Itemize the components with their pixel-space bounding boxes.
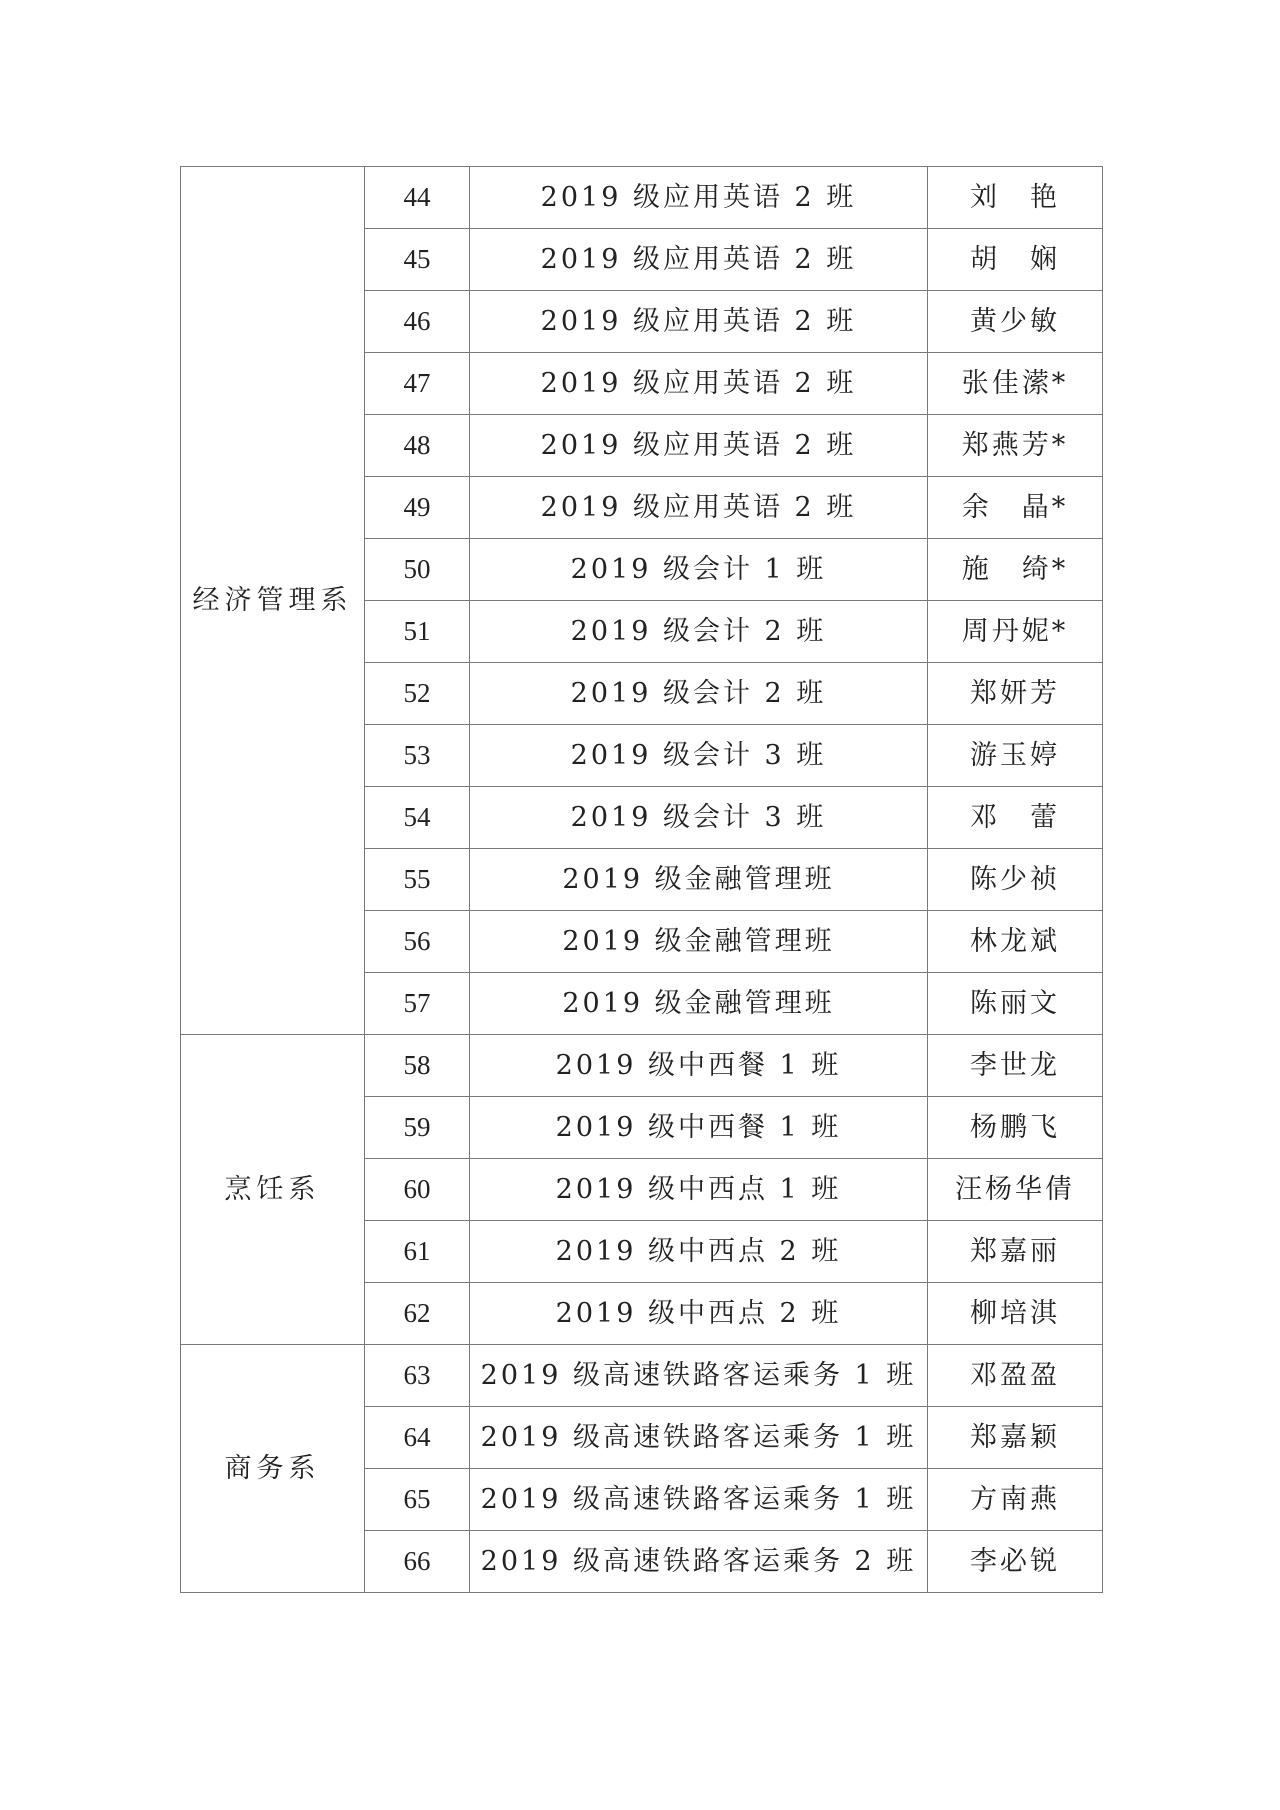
class-cell: 2019 级中西点 1 班 (470, 1159, 928, 1221)
student-name: 林龙斌 (928, 911, 1103, 973)
student-name: 李世龙 (928, 1035, 1103, 1097)
student-name: 黄少敏 (928, 291, 1103, 353)
student-name: 郑嘉颖 (928, 1407, 1103, 1469)
row-number: 61 (365, 1221, 470, 1283)
row-number: 60 (365, 1159, 470, 1221)
class-cell: 2019 级会计 1 班 (470, 539, 928, 601)
class-cell: 2019 级会计 2 班 (470, 663, 928, 725)
row-number: 47 (365, 353, 470, 415)
row-number: 63 (365, 1345, 470, 1407)
row-number: 45 (365, 229, 470, 291)
student-roster-table: 经济管理系 44 2019 级应用英语 2 班 刘 艳 45 2019 级应用英… (180, 166, 1103, 1593)
table-row: 经济管理系 44 2019 级应用英语 2 班 刘 艳 (181, 167, 1103, 229)
class-cell: 2019 级中西点 2 班 (470, 1221, 928, 1283)
row-number: 62 (365, 1283, 470, 1345)
class-cell: 2019 级高速铁路客运乘务 2 班 (470, 1531, 928, 1593)
class-cell: 2019 级高速铁路客运乘务 1 班 (470, 1345, 928, 1407)
class-cell: 2019 级应用英语 2 班 (470, 353, 928, 415)
student-name: 周丹妮* (928, 601, 1103, 663)
class-cell: 2019 级高速铁路客运乘务 1 班 (470, 1469, 928, 1531)
student-name: 柳培淇 (928, 1283, 1103, 1345)
class-cell: 2019 级会计 3 班 (470, 725, 928, 787)
row-number: 53 (365, 725, 470, 787)
class-cell: 2019 级应用英语 2 班 (470, 291, 928, 353)
student-name: 郑燕芳* (928, 415, 1103, 477)
class-cell: 2019 级应用英语 2 班 (470, 167, 928, 229)
row-number: 44 (365, 167, 470, 229)
class-cell: 2019 级高速铁路客运乘务 1 班 (470, 1407, 928, 1469)
row-number: 55 (365, 849, 470, 911)
class-cell: 2019 级金融管理班 (470, 911, 928, 973)
student-name: 余 晶* (928, 477, 1103, 539)
class-cell: 2019 级应用英语 2 班 (470, 415, 928, 477)
student-name: 郑嘉丽 (928, 1221, 1103, 1283)
row-number: 56 (365, 911, 470, 973)
student-name: 游玉婷 (928, 725, 1103, 787)
table-row: 商务系 63 2019 级高速铁路客运乘务 1 班 邓盈盈 (181, 1345, 1103, 1407)
student-name: 方南燕 (928, 1469, 1103, 1531)
student-name: 郑妍芳 (928, 663, 1103, 725)
student-name: 杨鹏飞 (928, 1097, 1103, 1159)
row-number: 52 (365, 663, 470, 725)
row-number: 66 (365, 1531, 470, 1593)
student-name: 邓盈盈 (928, 1345, 1103, 1407)
class-cell: 2019 级中西点 2 班 (470, 1283, 928, 1345)
row-number: 51 (365, 601, 470, 663)
row-number: 46 (365, 291, 470, 353)
student-name: 邓 蕾 (928, 787, 1103, 849)
class-cell: 2019 级会计 2 班 (470, 601, 928, 663)
department-cell: 烹饪系 (181, 1035, 365, 1345)
student-name: 李必锐 (928, 1531, 1103, 1593)
class-cell: 2019 级中西餐 1 班 (470, 1035, 928, 1097)
student-name: 施 绮* (928, 539, 1103, 601)
row-number: 48 (365, 415, 470, 477)
student-name: 胡 娴 (928, 229, 1103, 291)
class-cell: 2019 级应用英语 2 班 (470, 229, 928, 291)
class-cell: 2019 级金融管理班 (470, 973, 928, 1035)
student-name: 陈少祯 (928, 849, 1103, 911)
row-number: 54 (365, 787, 470, 849)
student-name: 刘 艳 (928, 167, 1103, 229)
row-number: 59 (365, 1097, 470, 1159)
roster-body: 经济管理系 44 2019 级应用英语 2 班 刘 艳 45 2019 级应用英… (181, 167, 1103, 1593)
student-name: 张佳潆* (928, 353, 1103, 415)
department-cell: 经济管理系 (181, 167, 365, 1035)
row-number: 58 (365, 1035, 470, 1097)
class-cell: 2019 级应用英语 2 班 (470, 477, 928, 539)
department-cell: 商务系 (181, 1345, 365, 1593)
class-cell: 2019 级会计 3 班 (470, 787, 928, 849)
row-number: 64 (365, 1407, 470, 1469)
row-number: 49 (365, 477, 470, 539)
document-page: 经济管理系 44 2019 级应用英语 2 班 刘 艳 45 2019 级应用英… (0, 0, 1280, 1810)
table-row: 烹饪系 58 2019 级中西餐 1 班 李世龙 (181, 1035, 1103, 1097)
student-name: 陈丽文 (928, 973, 1103, 1035)
row-number: 50 (365, 539, 470, 601)
row-number: 57 (365, 973, 470, 1035)
class-cell: 2019 级中西餐 1 班 (470, 1097, 928, 1159)
row-number: 65 (365, 1469, 470, 1531)
class-cell: 2019 级金融管理班 (470, 849, 928, 911)
student-name: 汪杨华倩 (928, 1159, 1103, 1221)
